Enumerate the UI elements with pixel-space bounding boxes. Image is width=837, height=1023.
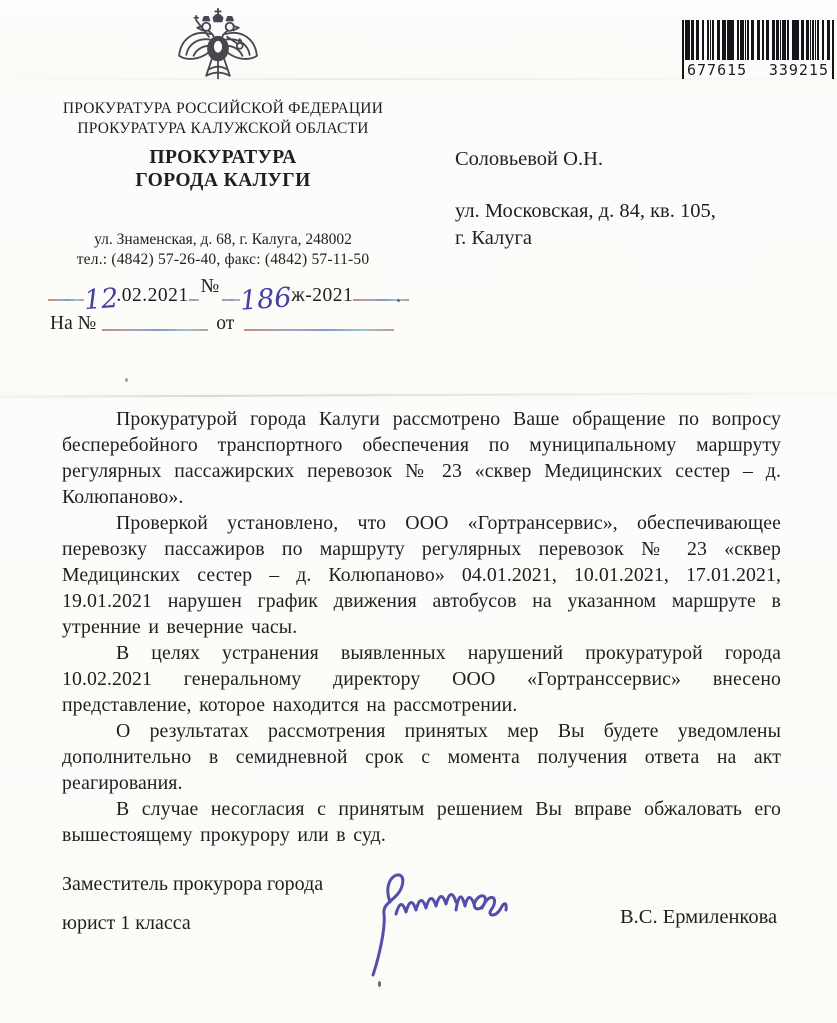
barcode-digits-left: 677615 bbox=[687, 61, 747, 79]
org-postal-address: ул. Знаменская, д. 68, г. Калуга, 248002 bbox=[28, 230, 418, 250]
signer-titles: Заместитель прокурора города юрист 1 кла… bbox=[62, 872, 323, 935]
reply-from-label: от bbox=[216, 312, 234, 336]
recipient-block: Соловьевой О.Н. ул. Московская, д. 84, к… bbox=[455, 146, 716, 252]
barcode: 677615 339215 bbox=[682, 20, 834, 79]
incoming-reference-line: На № от bbox=[50, 306, 394, 334]
recipient-address-line1: ул. Московская, д. 84, кв. 105, bbox=[455, 198, 716, 225]
letterhead-federation-line: ПРОКУРАТУРА РОССИЙСКОЙ ФЕДЕРАЦИИ bbox=[28, 99, 418, 119]
recipient-name: Соловьевой О.Н. bbox=[455, 146, 716, 173]
rule-segment bbox=[244, 329, 394, 331]
signer-position: Заместитель прокурора города bbox=[62, 872, 323, 896]
scan-speck bbox=[397, 299, 400, 302]
paragraph-5: В случае несогласия с принятым решением … bbox=[62, 796, 781, 848]
org-phone-fax: тел.: (4842) 57-26-40, факс: (4842) 57-1… bbox=[28, 250, 418, 270]
recipient-address-line2: г. Калуга bbox=[455, 225, 716, 252]
rule-segment bbox=[48, 299, 84, 301]
printed-number-suffix: ж-2021 bbox=[291, 284, 353, 308]
rule-segment bbox=[222, 299, 240, 301]
signature-handwriting bbox=[352, 862, 567, 980]
barcode-digits-right: 339215 bbox=[769, 61, 829, 79]
outgoing-reference-line: 12 .02.2021 № 186 ж-2021 bbox=[48, 268, 409, 306]
rule-segment bbox=[102, 329, 208, 331]
letterhead-spacer bbox=[28, 192, 418, 214]
paragraph-4: О результатах рассмотрения принятых мер … bbox=[62, 718, 781, 796]
barcode-digits: 677615 339215 bbox=[685, 60, 831, 79]
scan-speck bbox=[125, 378, 128, 382]
paragraph-3: В целях устранения выявленных нарушений … bbox=[62, 640, 781, 718]
org-name-line2: ГОРОДА КАЛУГИ bbox=[28, 169, 418, 192]
paragraph-1: Прокуратурой города Калуги рассмотрено В… bbox=[62, 406, 781, 510]
paragraph-2: Проверкой установлено, что ООО «Гортранс… bbox=[62, 510, 781, 640]
letterhead-region-line: ПРОКУРАТУРА КАЛУЖСКОЙ ОБЛАСТИ bbox=[28, 119, 418, 139]
scan-speck bbox=[378, 981, 381, 987]
coat-of-arms-eagle-icon bbox=[172, 6, 264, 92]
printed-date: .02.2021 bbox=[116, 284, 188, 308]
org-name-line1: ПРОКУРАТУРА bbox=[28, 146, 418, 169]
rule-segment bbox=[353, 299, 409, 301]
letter-body: Прокуратурой города Калуги рассмотрено В… bbox=[62, 406, 781, 848]
letterhead: ПРОКУРАТУРА РОССИЙСКОЙ ФЕДЕРАЦИИ ПРОКУРА… bbox=[28, 99, 418, 270]
signer-rank: юрист 1 класса bbox=[62, 911, 323, 935]
paper-crease bbox=[0, 392, 837, 398]
numero-sign: № bbox=[201, 275, 220, 299]
scanned-letter-page: ПРОКУРАТУРА РОССИЙСКОЙ ФЕДЕРАЦИИ ПРОКУРА… bbox=[0, 0, 837, 1023]
rule-segment bbox=[189, 299, 199, 301]
signer-name: В.С. Ермиленкова bbox=[620, 906, 777, 929]
reply-number-label: На № bbox=[50, 312, 96, 336]
